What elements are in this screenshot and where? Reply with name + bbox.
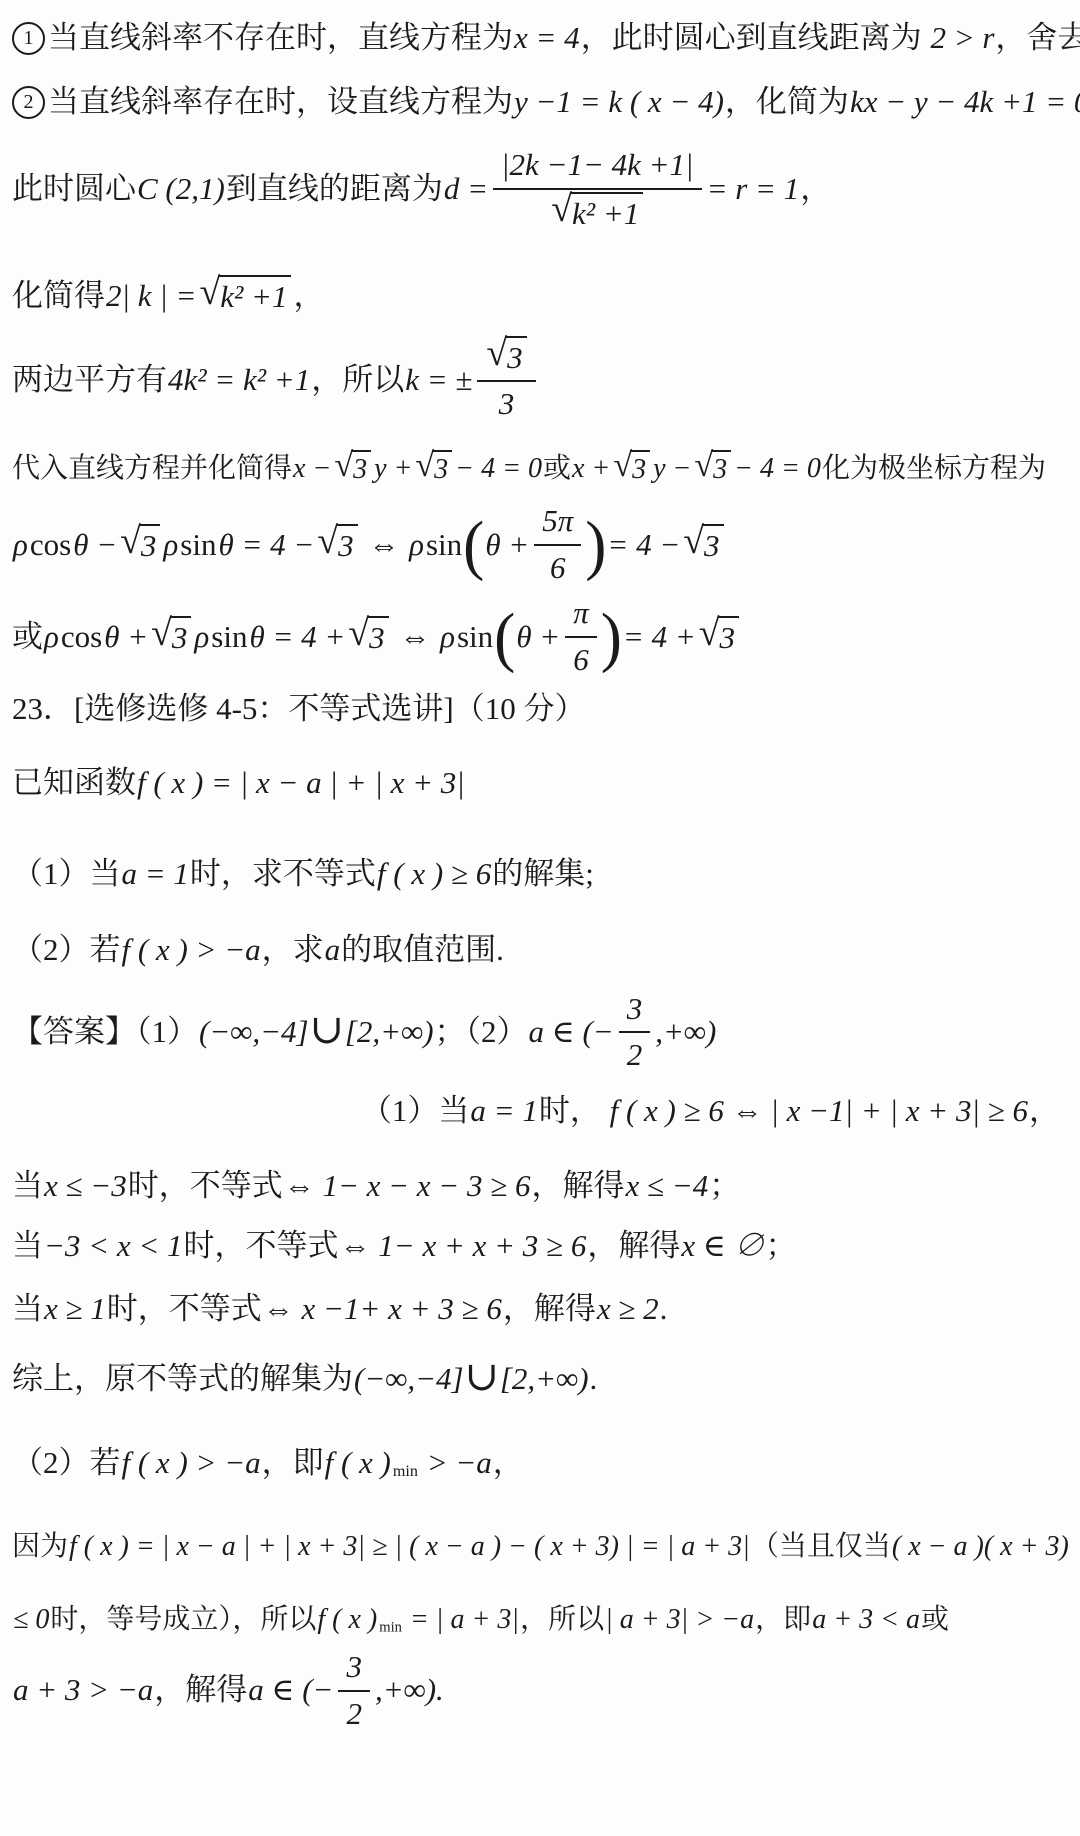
- fraction: 32: [338, 1647, 370, 1735]
- math-run: ρ: [408, 525, 425, 566]
- text-run: 因为: [12, 1529, 68, 1566]
- radicand: 3: [139, 524, 161, 567]
- text-run: ，舍去;: [995, 18, 1080, 59]
- text-run: 时，等号成立），所以: [50, 1602, 316, 1639]
- square-root: √k² +1: [199, 275, 291, 318]
- fraction: |2k −1− 4k +1|√k² +1: [493, 145, 702, 235]
- fraction: 32: [619, 989, 651, 1077]
- math-operator-run: cos: [29, 525, 72, 566]
- solution-line-simplified-abs-equation: 化简得2| k | =√k² +1，: [12, 275, 1072, 318]
- text-run: 时，求不等式: [190, 854, 376, 895]
- circled-number-icon: 1: [12, 22, 45, 55]
- math-run: 5π: [541, 501, 574, 542]
- text-run: 当: [12, 1166, 43, 1207]
- text-run: ，: [800, 169, 831, 210]
- solution-line-square-both-sides: 两边平方有4k² = k² +1，所以k = ±√33: [12, 336, 1072, 426]
- math-run: 2: [345, 1694, 363, 1735]
- text-run: ；: [766, 1226, 797, 1267]
- radical-sign: √: [486, 336, 507, 371]
- math-run: − 4 = 0: [454, 451, 543, 488]
- radicand: 3: [630, 450, 650, 489]
- math-run: 3: [498, 384, 516, 425]
- text-run: .: [590, 1359, 598, 1400]
- text-run: 已知函数: [12, 763, 136, 804]
- text-run: 时，不等式: [184, 1226, 339, 1267]
- math-run: ρ: [439, 617, 456, 658]
- math-run: 6: [549, 548, 567, 589]
- text-run: 当直线斜率存在时，设直线方程为: [48, 82, 513, 123]
- big-parenthesis: ): [601, 609, 622, 666]
- square-root: √3: [334, 450, 371, 489]
- square-root: √3: [317, 524, 357, 567]
- math-run: ρ: [162, 525, 179, 566]
- text-run: ，所以: [520, 1602, 604, 1639]
- math-operator-run: sin: [210, 617, 248, 658]
- union-symbol: ∪: [465, 1357, 499, 1398]
- math-run: [2,+∞): [499, 1359, 590, 1400]
- math-operator-run: sin: [425, 525, 463, 566]
- fraction-numerator: √3: [477, 336, 535, 383]
- math-operator-run: cos: [60, 617, 103, 658]
- math-run: x +: [571, 451, 611, 488]
- text-run: 时，不等式: [107, 1289, 262, 1330]
- radical-sign: √: [120, 524, 141, 559]
- text-run: 时，: [539, 1091, 609, 1132]
- math-run: π: [572, 593, 590, 634]
- math-run: d =: [443, 169, 489, 210]
- text-run: 的取值范围.: [341, 930, 504, 971]
- text-run: 两边平方有: [12, 360, 167, 401]
- case-x-le-neg3-line: 当x ≤ −3时，不等式⇔ 1− x − x − 3 ≥ 6，解得x ≤ −4；: [12, 1166, 1072, 1207]
- square-root: √3: [486, 336, 526, 379]
- radicand: 3: [505, 336, 527, 379]
- text-run: ，即: [262, 1443, 324, 1484]
- math-run: (−∞,−4]: [198, 1012, 310, 1053]
- text-run: ，此时圆心到直线距离为: [581, 18, 930, 59]
- fraction-numerator: 3: [338, 1647, 370, 1692]
- math-run: 2: [626, 1035, 644, 1076]
- big-parenthesis: ): [585, 517, 606, 574]
- text-run: 或: [543, 451, 571, 488]
- fraction-denominator: 2: [626, 1033, 644, 1076]
- math-operator-run: ⇔: [391, 617, 440, 658]
- radical-sign: √: [151, 616, 172, 651]
- math-run: 3: [140, 526, 158, 567]
- radicand: 3: [711, 450, 731, 489]
- math-run: ⇔ x −1+ x + 3 ≥ 6: [262, 1289, 503, 1330]
- solution-line-case2-slope-exists: 2当直线斜率存在时，设直线方程为y −1 = k ( x − 4)，化简为kx …: [12, 82, 1072, 123]
- text-run: ，化简为: [725, 82, 849, 123]
- text-run: 综上，原不等式的解集为: [12, 1359, 353, 1400]
- math-operator-run: sin: [179, 525, 217, 566]
- big-parenthesis: (: [494, 609, 515, 666]
- square-root: √3: [415, 450, 452, 489]
- math-run: f ( x ): [324, 1443, 392, 1484]
- fraction: 5π6: [534, 501, 581, 589]
- text-run: ，解得: [587, 1226, 680, 1267]
- math-run: ρ: [12, 525, 29, 566]
- text-run: ，: [493, 1443, 524, 1484]
- fraction-numerator: 3: [619, 989, 651, 1034]
- radicand: 3: [351, 450, 371, 489]
- math-run: 3: [631, 452, 647, 489]
- text-run: ，解得: [532, 1166, 625, 1207]
- radicand: 3: [432, 450, 452, 489]
- text-run: 化为极坐标方程为: [822, 451, 1046, 488]
- math-run: x ∈ ∅: [680, 1226, 765, 1267]
- case-neg3-lt-x-lt-1-line: 当−3 < x < 1时，不等式⇔ 1− x + x + 3 ≥ 6，解得x ∈…: [12, 1226, 1072, 1267]
- math-run: 3: [712, 452, 728, 489]
- math-run: f ( x ) = | x − a | + | x + 3| ≥ | ( x −…: [68, 1529, 751, 1566]
- math-run: a + 3 < a: [811, 1602, 921, 1639]
- fraction-denominator: 3: [498, 382, 516, 425]
- given-function-line: 已知函数f ( x ) = | x − a | + | x + 3|: [12, 763, 1072, 804]
- fraction-denominator: 6: [572, 638, 590, 681]
- text-run: ；: [709, 1166, 740, 1207]
- big-parenthesis: (: [463, 517, 484, 574]
- subscript: min: [379, 1618, 402, 1637]
- radicand: k² +1: [218, 275, 291, 318]
- math-run: [2,+∞): [344, 1012, 435, 1053]
- math-run: 3: [368, 618, 386, 659]
- math-run: θ = 4 −: [217, 525, 315, 566]
- square-root: √3: [683, 524, 723, 567]
- fraction-numerator: 5π: [534, 501, 581, 546]
- math-run: 4k² = k² +1: [167, 360, 311, 401]
- math-run: a ∈ (−: [247, 1670, 334, 1711]
- radical-sign: √: [199, 275, 220, 310]
- radical-sign: √: [683, 524, 704, 559]
- union-symbol: ∪: [310, 1010, 344, 1051]
- math-run: −3 < x < 1: [43, 1226, 184, 1267]
- text-run: 当: [12, 1289, 43, 1330]
- radicand: 3: [367, 616, 389, 659]
- part2-question-line: （2）若f ( x ) > −a，求a的取值范围.: [12, 930, 1072, 971]
- math-run: x ≤ −4: [625, 1166, 710, 1207]
- problem-23-heading: 23．[选修选修 4-5：不等式选讲]（10 分）: [12, 689, 1072, 730]
- math-run: = 4 +: [622, 617, 697, 658]
- square-root: √3: [120, 524, 160, 567]
- math-run: a: [324, 930, 342, 971]
- math-run: |2k −1− 4k +1|: [500, 145, 695, 186]
- math-run: (−∞,−4]: [353, 1359, 465, 1400]
- math-run: y −: [652, 451, 692, 488]
- text-run: ，: [1029, 1091, 1060, 1132]
- math-run: k = ±: [404, 360, 473, 401]
- radical-sign: √: [317, 524, 338, 559]
- math-run: a + 3 > −a: [12, 1670, 154, 1711]
- math-run: 3: [703, 526, 721, 567]
- math-run: y +: [373, 451, 413, 488]
- math-run: θ +: [515, 617, 561, 658]
- math-run: x = 4: [513, 18, 581, 59]
- math-operator-run: sin: [456, 617, 494, 658]
- text-run: 当: [12, 1226, 43, 1267]
- math-run: x −: [292, 451, 332, 488]
- fraction-denominator: 2: [345, 1692, 363, 1735]
- text-run: 时，不等式: [128, 1166, 283, 1207]
- text-run: 到直线的距离为: [226, 169, 443, 210]
- math-run: y −1 = k ( x − 4): [513, 82, 725, 123]
- math-run: C (2,1): [136, 169, 226, 210]
- square-root: √k² +1: [551, 192, 643, 235]
- radicand: 3: [718, 616, 740, 659]
- fraction-denominator: 6: [549, 546, 567, 589]
- math-run: θ +: [484, 525, 530, 566]
- math-run: 2 > r: [929, 18, 995, 59]
- square-root: √3: [699, 616, 739, 659]
- circled-number-icon: 2: [12, 86, 45, 119]
- text-run: （2）若: [12, 1443, 121, 1484]
- math-run: a = 1: [469, 1091, 538, 1132]
- fraction-denominator: √k² +1: [549, 190, 645, 235]
- math-run: ρ: [43, 617, 60, 658]
- text-run: 当直线斜率不存在时，直线方程为: [48, 18, 513, 59]
- text-run: 的解集;: [492, 854, 594, 895]
- math-run: ⇔ 1− x − x − 3 ≥ 6: [283, 1166, 532, 1207]
- math-run: ,+∞): [654, 1012, 717, 1053]
- radicand: 3: [336, 524, 358, 567]
- radical-sign: √: [551, 192, 572, 227]
- math-run: θ +: [103, 617, 149, 658]
- math-run: 3: [719, 618, 737, 659]
- fraction-numerator: |2k −1− 4k +1|: [493, 145, 702, 190]
- solution-line-substitute-equations: 代入直线方程并化简得x −√3y +√3− 4 = 0或x +√3y −√3− …: [12, 450, 1072, 489]
- text-run: 代入直线方程并化简得: [12, 451, 292, 488]
- text-run: ，解得: [503, 1289, 596, 1330]
- math-run: = r = 1: [706, 169, 801, 210]
- subscript: min: [393, 1461, 418, 1482]
- math-run: kx − y − 4k +1 = 0: [849, 82, 1080, 123]
- square-root: √3: [694, 450, 731, 489]
- text-run: ，所以: [311, 360, 404, 401]
- math-run: 3: [345, 1647, 363, 1688]
- square-root: √3: [151, 616, 191, 659]
- math-run: x ≤ −3: [43, 1166, 128, 1207]
- text-run: （1）当: [361, 1091, 470, 1132]
- text-run: 化简得: [12, 276, 105, 317]
- solution-line-polar-equation-1: ρcosθ −√3ρsinθ = 4 −√3 ⇔ ρsin(θ +5π6)= 4…: [12, 501, 1072, 589]
- math-run: 3: [433, 452, 449, 489]
- math-run: x ≥ 2: [596, 1289, 660, 1330]
- part2-conclusion-line: a + 3 > −a，解得a ∈ (−32,+∞).: [12, 1647, 1072, 1735]
- math-run: x ≥ 1: [43, 1289, 107, 1330]
- part1-conclusion-line: 综上，原不等式的解集为(−∞,−4]∪[2,+∞).: [12, 1359, 1072, 1400]
- radicand: k² +1: [570, 192, 643, 235]
- math-run: f ( x ) ≥ 6: [376, 854, 492, 895]
- math-run: 2| k | =: [105, 276, 197, 317]
- scanned-math-worksheet: { "page": { "background": "#fdfdfd", "te…: [0, 0, 1080, 1836]
- math-run: | a + 3| > −a: [604, 1602, 755, 1639]
- radicand: 3: [170, 616, 192, 659]
- case-x-ge-1-line: 当x ≥ 1时，不等式⇔ x −1+ x + 3 ≥ 6，解得x ≥ 2.: [12, 1289, 1072, 1330]
- math-run: > −a: [418, 1443, 493, 1484]
- math-run: k² +1: [571, 194, 640, 235]
- radical-sign: √: [699, 616, 720, 651]
- part1-step1-line: （1）当a = 1时， f ( x ) ≥ 6 ⇔ | x −1| + | x …: [12, 1091, 1072, 1132]
- text-run: （1）当: [12, 854, 121, 895]
- part2-derivation-line: 因为f ( x ) = | x − a | + | x + 3| ≥ | ( x…: [12, 1529, 1072, 1566]
- math-run: θ = 4 +: [248, 617, 346, 658]
- text-run: （2）若: [12, 930, 121, 971]
- answer-summary-line: 【答案】（1）(−∞,−4]∪[2,+∞)；（2）a ∈ (−32,+∞): [12, 989, 1072, 1077]
- math-run: ⇔ 1− x + x + 3 ≥ 6: [339, 1226, 588, 1267]
- math-operator-run: ⇔: [360, 525, 409, 566]
- math-run: = 4 −: [606, 525, 681, 566]
- math-run: k² +1: [219, 277, 288, 318]
- math-run: 3: [506, 338, 524, 379]
- math-run: f ( x ) ≥ 6 ⇔ | x −1| + | x + 3| ≥ 6: [609, 1091, 1029, 1132]
- part2-equality-condition-line: ≤ 0时，等号成立），所以f ( x )min = | a + 3|，所以| a…: [12, 1602, 1072, 1639]
- part1-question-line: （1）当a = 1时，求不等式f ( x ) ≥ 6的解集;: [12, 854, 1072, 895]
- math-run: a = 1: [121, 854, 190, 895]
- solution-line-polar-equation-2: 或ρcosθ +√3ρsinθ = 4 +√3 ⇔ ρsin(θ +π6)= 4…: [12, 593, 1072, 681]
- square-root: √3: [613, 450, 650, 489]
- square-root: √3: [348, 616, 388, 659]
- document-page: 1当直线斜率不存在时，直线方程为x = 4，此时圆心到直线距离为 2 > r，舍…: [0, 0, 1080, 1836]
- text-run: ，求: [262, 930, 324, 971]
- text-run: ，: [293, 276, 324, 317]
- fraction-numerator: π: [565, 593, 597, 638]
- math-run: ρ: [193, 617, 210, 658]
- math-run: ( x − a )( x + 3): [891, 1529, 1070, 1566]
- math-run: ≤ 0: [12, 1602, 50, 1639]
- math-run: θ −: [72, 525, 118, 566]
- fraction: √33: [477, 336, 535, 426]
- radicand: 3: [702, 524, 724, 567]
- text-run: （当且仅当: [751, 1529, 891, 1566]
- solution-line-case1-no-slope: 1当直线斜率不存在时，直线方程为x = 4，此时圆心到直线距离为 2 > r，舍…: [12, 18, 1072, 59]
- math-run: 3: [352, 452, 368, 489]
- math-run: 3: [337, 526, 355, 567]
- math-run: 3: [626, 989, 644, 1030]
- text-run: 此时圆心: [12, 169, 136, 210]
- math-run: f ( x ) > −a: [121, 1443, 262, 1484]
- math-run: 6: [572, 640, 590, 681]
- text-run: 或: [921, 1602, 949, 1639]
- part2-setup-line: （2）若f ( x ) > −a，即f ( x )min > −a，: [12, 1443, 1072, 1484]
- text-run: ，即: [755, 1602, 811, 1639]
- text-run: .: [660, 1289, 668, 1330]
- math-run: ,+∞).: [374, 1670, 445, 1711]
- math-run: f ( x ): [316, 1602, 378, 1639]
- math-run: 3: [171, 618, 189, 659]
- text-run: 【答案】（1）: [12, 1012, 198, 1053]
- text-run: 23．[选修选修 4-5：不等式选讲]（10 分）: [12, 689, 585, 730]
- radical-sign: √: [348, 616, 369, 651]
- fraction: π6: [565, 593, 597, 681]
- text-run: 或: [12, 617, 43, 658]
- math-run: − 4 = 0: [733, 451, 822, 488]
- math-run: f ( x ) = | x − a | + | x + 3|: [136, 763, 466, 804]
- math-run: a ∈ (−: [528, 1012, 615, 1053]
- text-run: ；（2）: [435, 1012, 528, 1053]
- math-run: f ( x ) > −a: [121, 930, 262, 971]
- text-run: ，解得: [154, 1670, 247, 1711]
- solution-line-distance-formula: 此时圆心C (2,1)到直线的距离为d =|2k −1− 4k +1|√k² +…: [12, 145, 1072, 235]
- math-run: = | a + 3|: [402, 1602, 520, 1639]
